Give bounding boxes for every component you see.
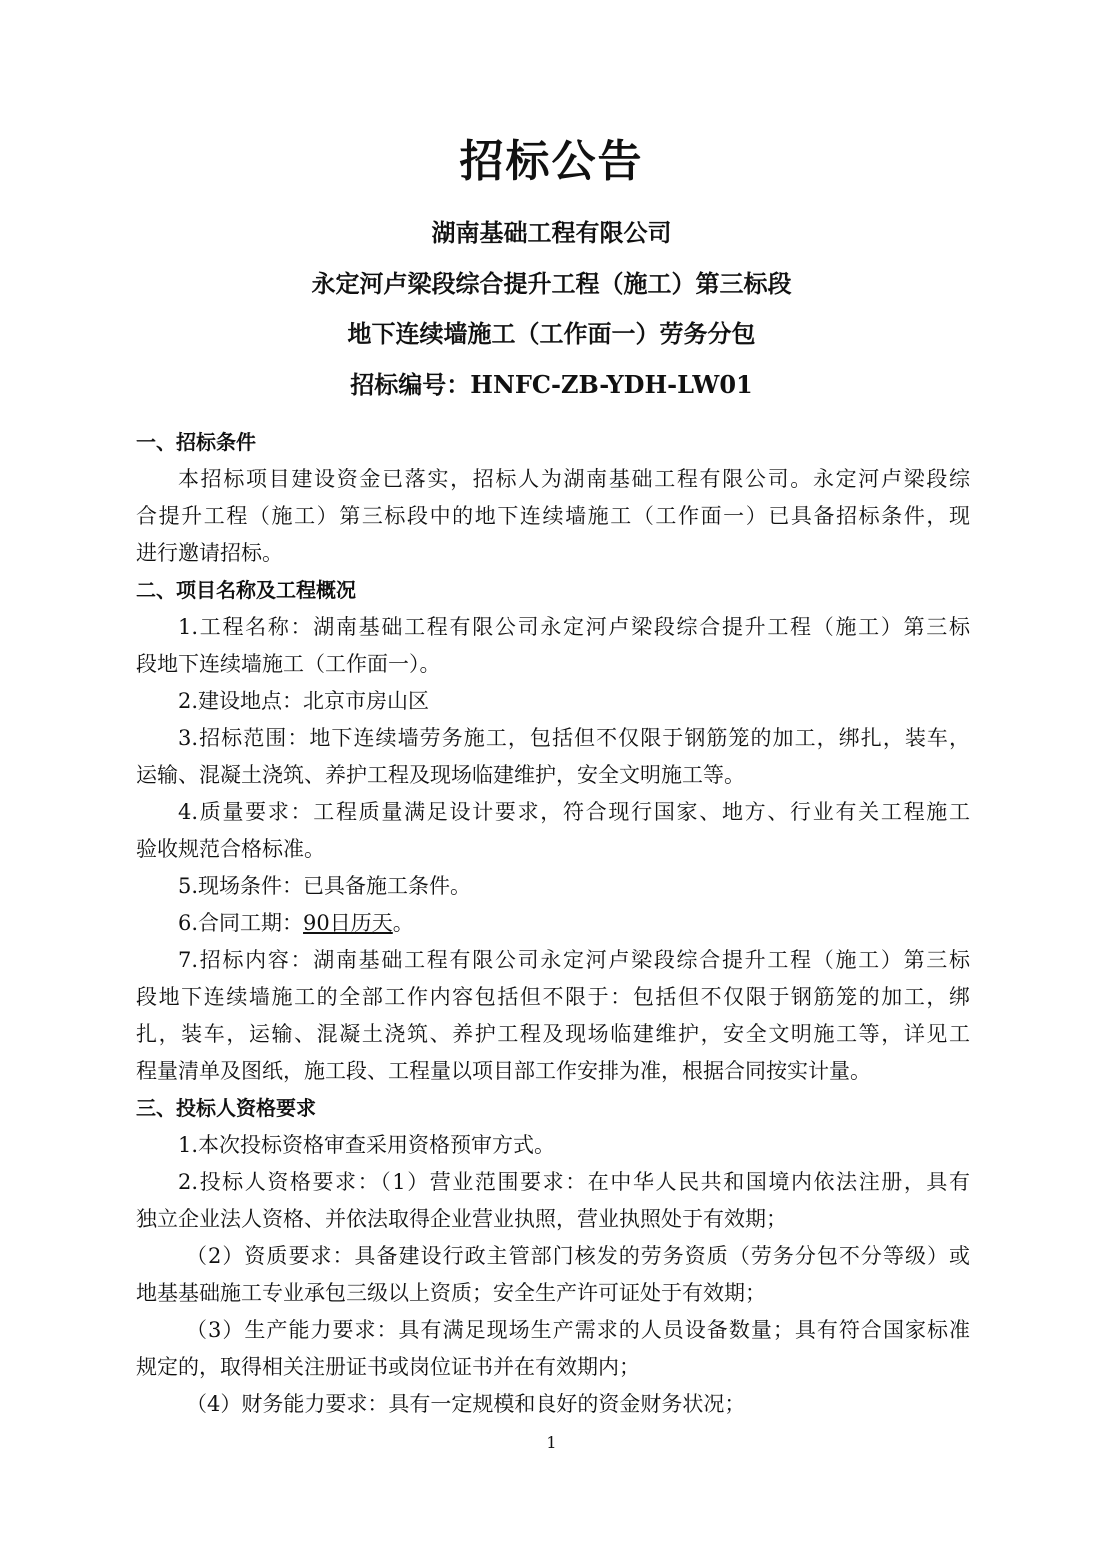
item-business-scope-cont: 独立企业法人资格、并依法取得企业营业执照，营业执照处于有效期；: [136, 1201, 970, 1238]
item-prequalification: 1.本次投标资格审查采用资格预审方式。: [136, 1127, 970, 1164]
item-production-capacity: （3）生产能力要求：具有满足现场生产需求的人员设备数量；具有符合国家标准: [136, 1312, 970, 1349]
section-heading-project-overview: 二、项目名称及工程概况: [136, 572, 970, 609]
document-title: 招标公告: [0, 132, 1103, 192]
item-tender-content-cont: 段地下连续墙施工的全部工作内容包括但不限于：包括但不仅限于钢筋笼的加工，绑: [136, 979, 970, 1016]
item-contract-period: 6.合同工期：90日历天。: [136, 905, 970, 942]
item-quality: 4.质量要求：工程质量满足设计要求，符合现行国家、地方、行业有关工程施工: [136, 794, 970, 831]
item-qualification-cont: 地基基础施工专业承包三级以上资质；安全生产许可证处于有效期；: [136, 1275, 970, 1312]
item-quality-cont: 验收规范合格标准。: [136, 831, 970, 868]
project-name-line2: 地下连续墙施工（工作面一）劳务分包: [0, 317, 1103, 351]
section-heading-bidder-qualifications: 三、投标人资格要求: [136, 1090, 970, 1127]
contract-period-label: 6.合同工期：: [178, 911, 303, 935]
item-business-scope: 2.投标人资格要求：（1）营业范围要求：在中华人民共和国境内依法注册，具有: [136, 1164, 970, 1201]
item-location: 2.建设地点：北京市房山区: [136, 683, 970, 720]
item-qualification: （2）资质要求：具备建设行政主管部门核发的劳务资质（劳务分包不分等级）或: [136, 1238, 970, 1275]
item-tender-content-cont: 扎，装车，运输、混凝土浇筑、养护工程及现场临建维护，安全文明施工等，详见工: [136, 1016, 970, 1053]
document-body: 一、招标条件 本招标项目建设资金已落实，招标人为湖南基础工程有限公司。永定河卢梁…: [136, 424, 970, 1423]
item-financial-capacity: （4）财务能力要求：具有一定规模和良好的资金财务状况；: [136, 1386, 970, 1423]
tender-number: 招标编号：HNFC-ZB-YDH-LW01: [0, 368, 1103, 402]
item-site-conditions: 5.现场条件：已具备施工条件。: [136, 868, 970, 905]
item-production-capacity-cont: 规定的，取得相关注册证书或岗位证书并在有效期内；: [136, 1349, 970, 1386]
item-scope-cont: 运输、混凝土浇筑、养护工程及现场临建维护，安全文明施工等。: [136, 757, 970, 794]
project-name-line1: 永定河卢梁段综合提升工程（施工）第三标段: [0, 267, 1103, 301]
document-page: 招标公告 湖南基础工程有限公司 永定河卢梁段综合提升工程（施工）第三标段 地下连…: [0, 0, 1103, 1559]
paragraph-line: 合提升工程（施工）第三标段中的地下连续墙施工（工作面一）已具备招标条件，现: [136, 498, 970, 535]
contract-period-value: 90日历天: [303, 911, 393, 935]
company-name: 湖南基础工程有限公司: [0, 216, 1103, 250]
item-tender-content-cont: 程量清单及图纸，施工段、工程量以项目部工作安排为准，根据合同按实计量。: [136, 1053, 970, 1090]
paragraph-line: 进行邀请招标。: [136, 535, 970, 572]
item-project-name: 1.工程名称：湖南基础工程有限公司永定河卢梁段综合提升工程（施工）第三标: [136, 609, 970, 646]
contract-period-suffix: 。: [393, 911, 414, 935]
item-project-name-cont: 段地下连续墙施工（工作面一）。: [136, 646, 970, 683]
section-heading-tender-conditions: 一、招标条件: [136, 424, 970, 461]
paragraph-line: 本招标项目建设资金已落实，招标人为湖南基础工程有限公司。永定河卢梁段综: [136, 461, 970, 498]
page-number: 1: [0, 1433, 1103, 1452]
item-tender-content: 7.招标内容：湖南基础工程有限公司永定河卢梁段综合提升工程（施工）第三标: [136, 942, 970, 979]
item-scope: 3.招标范围：地下连续墙劳务施工，包括但不仅限于钢筋笼的加工，绑扎，装车，: [136, 720, 970, 757]
